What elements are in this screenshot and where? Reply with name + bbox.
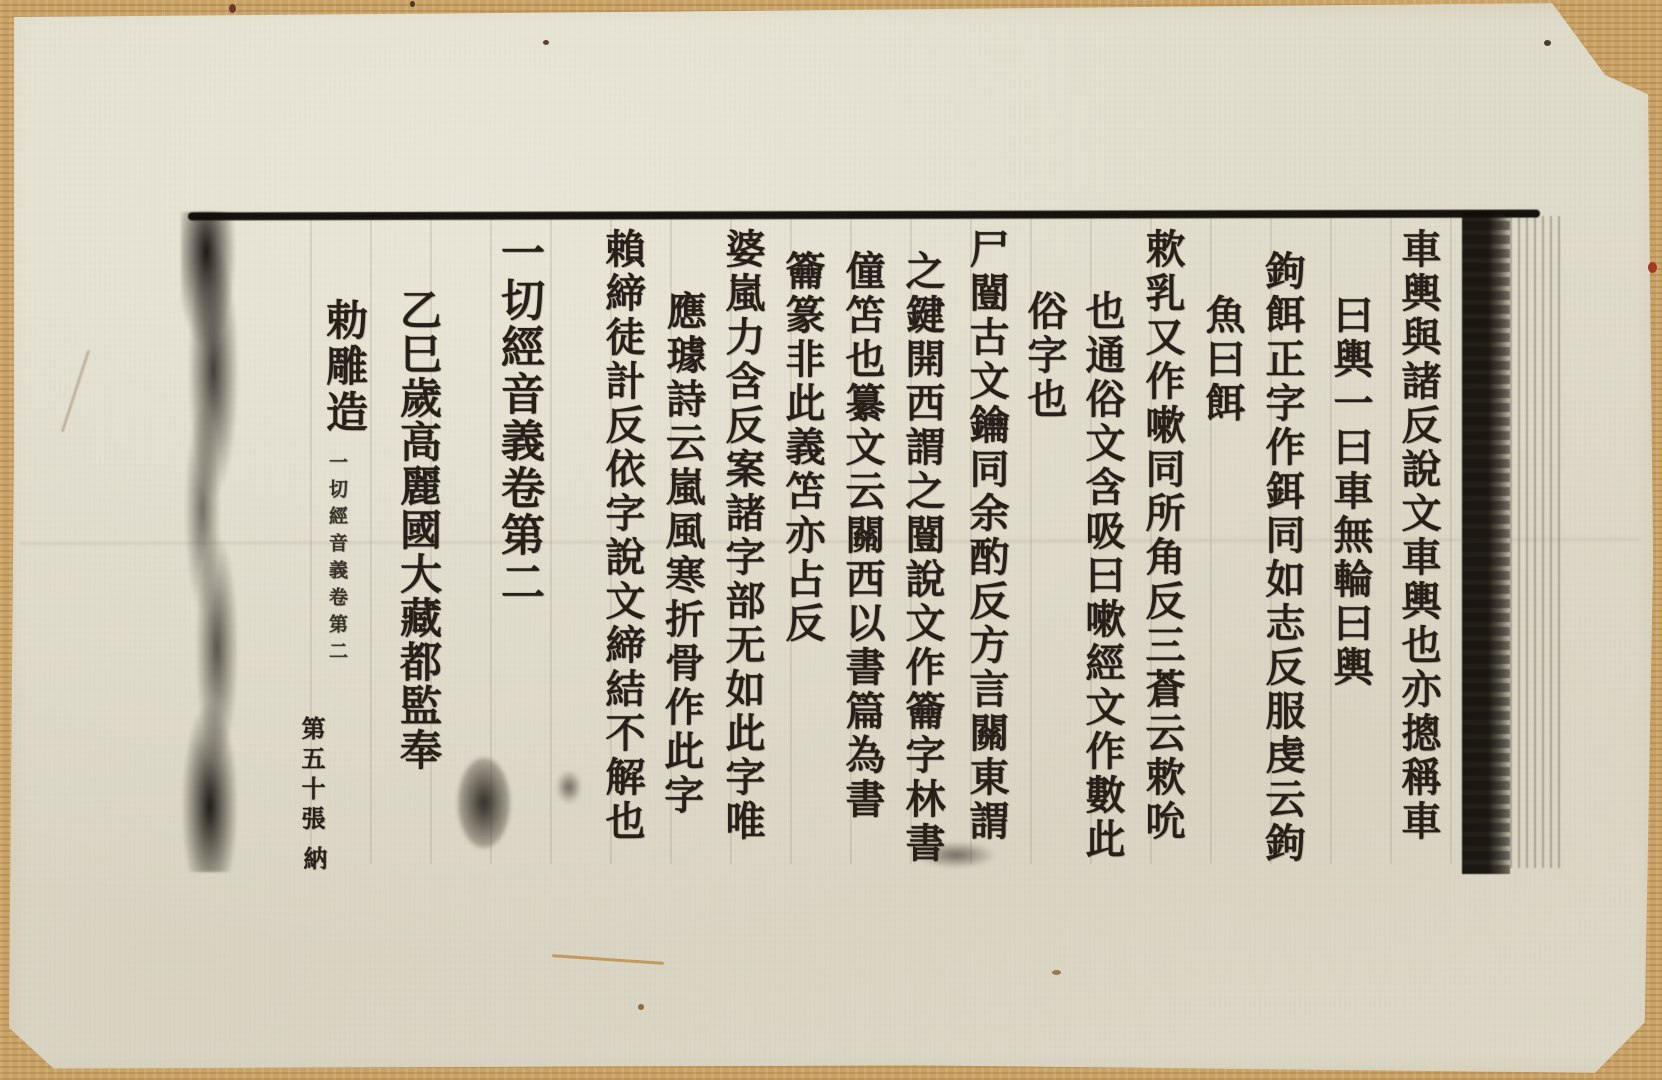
paper-speck xyxy=(638,1004,644,1010)
colophon-line-2: 勅雕造 xyxy=(314,298,374,436)
ink-smear-right-border xyxy=(1462,212,1510,874)
collation-mark: 納 xyxy=(296,846,331,870)
paper-speck xyxy=(543,40,549,45)
text-column-9: 之鍵開西謂之闓說文作籥字林書 xyxy=(894,250,951,866)
sheet-number-column: 第五十張 xyxy=(294,716,329,836)
ink-blot xyxy=(556,770,582,804)
paper-speck xyxy=(1052,970,1061,975)
scroll-title-column: 一切經音義卷第二 xyxy=(486,230,550,606)
text-column-1: 車輿與諸反說文車輿也亦摠稱車 xyxy=(1390,228,1447,844)
text-column-8: 尸闓古文鑰同余酌反方言關東謂 xyxy=(958,228,1015,844)
text-column-5: 欶乳又作嗽同所角反三蒼云欶吮 xyxy=(1134,228,1191,844)
text-column-11: 籥篆非此義笘亦占反 xyxy=(774,250,831,646)
text-column-14: 賴締徒計反依字說文締結不解也 xyxy=(594,228,651,844)
text-column-2: 曰輿一曰車無輪曰輿 xyxy=(1322,294,1379,690)
ink-streaks-right xyxy=(1510,216,1562,868)
paper-speck xyxy=(410,1,415,7)
text-column-12: 婆嵐力含反案諸字部无如此字唯 xyxy=(714,228,771,844)
paper-speck xyxy=(1544,40,1551,46)
text-column-4: 魚曰餌 xyxy=(1194,294,1251,426)
text-column-10: 僮笘也纂文云關西以書篇為書 xyxy=(834,250,891,822)
text-column-13: 應璩詩云嵐風寒折骨作此字 xyxy=(653,290,713,818)
red-speck xyxy=(1648,262,1657,273)
scanned-document-photo: 車輿與諸反說文車輿也亦摠稱車 曰輿一曰車無輪曰輿 鉤餌正字作鉺同如志反服虔云鉤 … xyxy=(0,0,1662,1080)
text-column-3: 鉤餌正字作鉺同如志反服虔云鉤 xyxy=(1254,250,1311,866)
colophon-line-1: 乙巳歲高麗國大藏都監奉 xyxy=(388,288,448,772)
ink-blot xyxy=(458,758,510,848)
margin-note-column: 一切經音義卷第二 xyxy=(324,452,351,668)
ink-smear-left-border xyxy=(181,212,253,872)
paper-speck xyxy=(229,4,236,13)
text-column-7: 俗字也 xyxy=(1016,290,1073,422)
text-column-6: 也通俗文含吸曰嗽經文作數此 xyxy=(1074,290,1131,862)
